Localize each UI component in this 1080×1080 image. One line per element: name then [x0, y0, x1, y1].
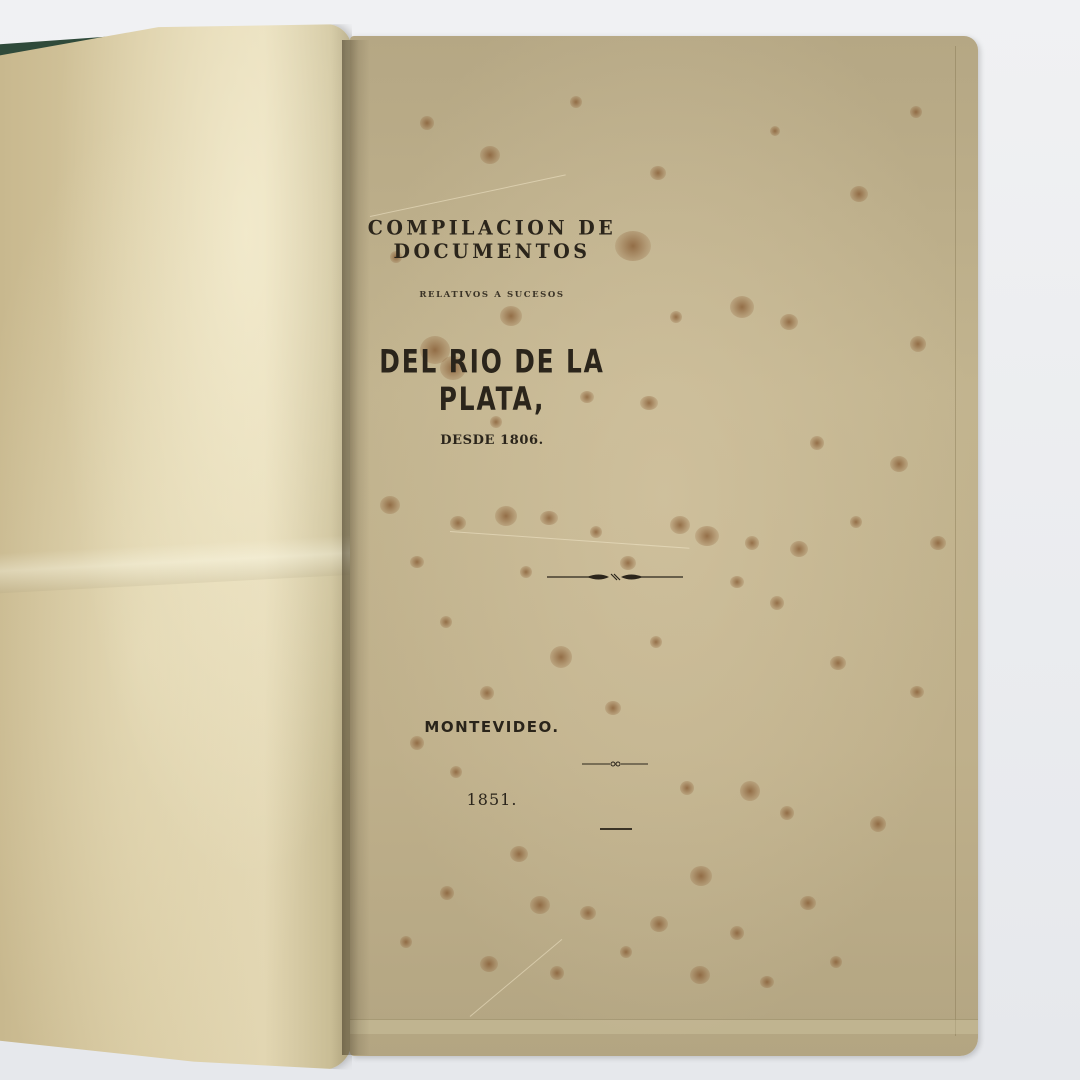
page-fold-crease: [0, 535, 352, 593]
title-line-3: DEL RIO DE LA PLATA,: [371, 344, 614, 418]
title-page: [350, 36, 978, 1056]
small-dotted-rule: [582, 761, 648, 767]
publication-year: 1851.: [360, 790, 624, 809]
left-flyleaf-page: [0, 24, 352, 1070]
publication-place: MONTEVIDEO.: [360, 718, 624, 736]
bottom-short-rule: [600, 828, 632, 830]
title-line-4: DESDE 1806.: [360, 433, 624, 448]
page-edge-bottom: [350, 1019, 978, 1034]
book-gutter-shadow: [342, 40, 370, 1055]
title-line-1: COMPILACION DE DOCUMENTOS: [360, 217, 624, 263]
title-line-2: RELATIVOS A SUCESOS: [360, 290, 624, 300]
decorative-rule-ornament: [547, 571, 683, 583]
page-edge-right: [955, 46, 970, 1036]
